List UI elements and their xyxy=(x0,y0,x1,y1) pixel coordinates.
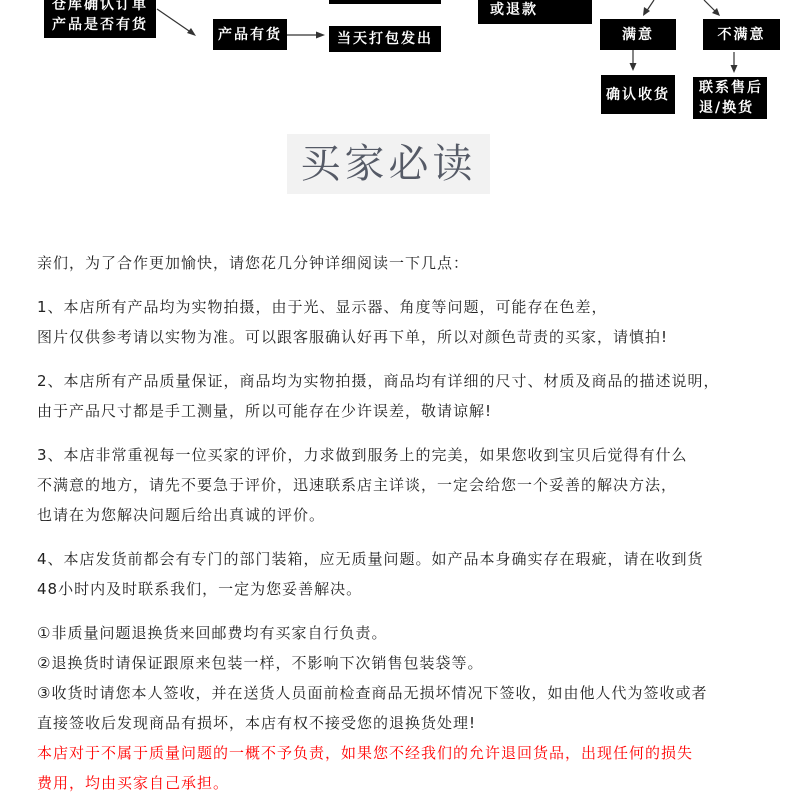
notice-point-4: 4、本店发货前都会有专门的部门装箱，应无质量问题。如产品本身确实存在瑕疵，请在收… xyxy=(37,544,800,604)
flow-box-line: 产品是否有货 xyxy=(52,15,148,35)
flow-box-label: 或退款 xyxy=(490,0,538,20)
flow-box-refund: 或退款 xyxy=(478,0,592,24)
notice-line: 图片仅供参考请以实物为准。可以跟客服确认好再下单，所以对颜色苛责的买家，请慎拍! xyxy=(37,322,800,352)
buyer-notice-content: 亲们，为了合作更加愉快，请您花几分钟详细阅读一下几点： 1、本店所有产品均为实物… xyxy=(37,248,800,798)
flow-box-label: 不满意 xyxy=(718,25,766,45)
flow-box-line: 仓库确认订单 xyxy=(52,0,148,15)
flow-box-label: 确认收货 xyxy=(606,85,670,105)
flow-box-confirm-receipt: 确认收货 xyxy=(601,75,675,114)
note-line: ③收货时请您本人签收，并在送货人员面前检查商品无损坏情况下签收，如由他人代为签收… xyxy=(37,678,800,708)
flow-box-ship-same-day: 当天打包发出 xyxy=(329,26,441,52)
flow-box-line: 联系售后 xyxy=(699,78,763,98)
intro-text: 亲们，为了合作更加愉快，请您花几分钟详细阅读一下几点： xyxy=(37,248,800,278)
section-title: 买家必读 xyxy=(301,144,477,184)
notice-line: 1、本店所有产品均为实物拍摄，由于光、显示器、角度等问题，可能存在色差， xyxy=(37,292,800,322)
flow-box-label: 产品有货 xyxy=(218,25,282,45)
notice-line: 不满意的地方，请先不要急于评价，迅速联系店主详谈，一定会给您一个妥善的解决方法， xyxy=(37,470,800,500)
note-line: ①非质量问题退换货来回邮费均有买家自行负责。 xyxy=(37,618,800,648)
order-flowchart: 仓库确认订单 产品是否有货 产品有货 当天打包发出 或退款 满意 不满意 xyxy=(0,0,800,125)
flow-box-label: 当天打包发出 xyxy=(337,29,433,49)
notice-point-2: 2、本店所有产品质量保证，商品均为实物拍摄，商品均有详细的尺寸、材质及商品的描述… xyxy=(37,366,800,426)
arrow-down-right-icon xyxy=(700,0,724,18)
warning-line: 费用，均由买家自己承担。 xyxy=(37,768,800,798)
flow-box-in-stock: 产品有货 xyxy=(213,19,287,50)
notice-line: 2、本店所有产品质量保证，商品均为实物拍摄，商品均有详细的尺寸、材质及商品的描述… xyxy=(37,366,800,396)
note-line: 直接签收后发现商品有损坏，本店有权不接受您的退换货处理! xyxy=(37,708,800,738)
notice-line: 也请在为您解决问题后给出真诚的评价。 xyxy=(37,500,800,530)
note-line: ②退换货时请保证跟原来包装一样，不影响下次销售包装袋等。 xyxy=(37,648,800,678)
arrow-down-left-icon xyxy=(640,0,660,18)
notice-point-3: 3、本店非常重视每一位买家的评价，力求做到服务上的完美，如果您收到宝贝后觉得有什… xyxy=(37,440,800,530)
notice-line: 48小时内及时联系我们，一定为您妥善解决。 xyxy=(37,574,800,604)
flow-box-top-mid-partial xyxy=(329,0,441,4)
return-notes: ①非质量问题退换货来回邮费均有买家自行负责。 ②退换货时请保证跟原来包装一样，不… xyxy=(37,618,800,798)
flow-box-label: 满意 xyxy=(622,25,654,45)
notice-point-1: 1、本店所有产品均为实物拍摄，由于光、显示器、角度等问题，可能存在色差， 图片仅… xyxy=(37,292,800,352)
notice-line: 由于产品尺寸都是手工测量，所以可能存在少许误差，敬请谅解! xyxy=(37,396,800,426)
flow-box-line: 退/换货 xyxy=(699,98,754,118)
notice-line: 4、本店发货前都会有专门的部门装箱，应无质量问题。如产品本身确实存在瑕疵，请在收… xyxy=(37,544,800,574)
flow-box-satisfied: 满意 xyxy=(600,19,676,50)
arrow-down-icon xyxy=(627,50,639,72)
flow-box-warehouse-check: 仓库确认订单 产品是否有货 xyxy=(44,0,156,38)
flow-box-after-sales: 联系售后 退/换货 xyxy=(693,77,767,119)
arrow-down-icon xyxy=(728,52,740,74)
arrow-right-icon xyxy=(287,30,327,40)
flow-box-unsatisfied: 不满意 xyxy=(703,19,780,50)
notice-line: 3、本店非常重视每一位买家的评价，力求做到服务上的完美，如果您收到宝贝后觉得有什… xyxy=(37,440,800,470)
arrow-diagonal-icon xyxy=(156,8,198,38)
warning-line: 本店对于不属于质量问题的一概不予负责，如果您不经我们的允许退回货品，出现任何的损… xyxy=(37,738,800,768)
section-title-banner: 买家必读 xyxy=(287,134,490,194)
